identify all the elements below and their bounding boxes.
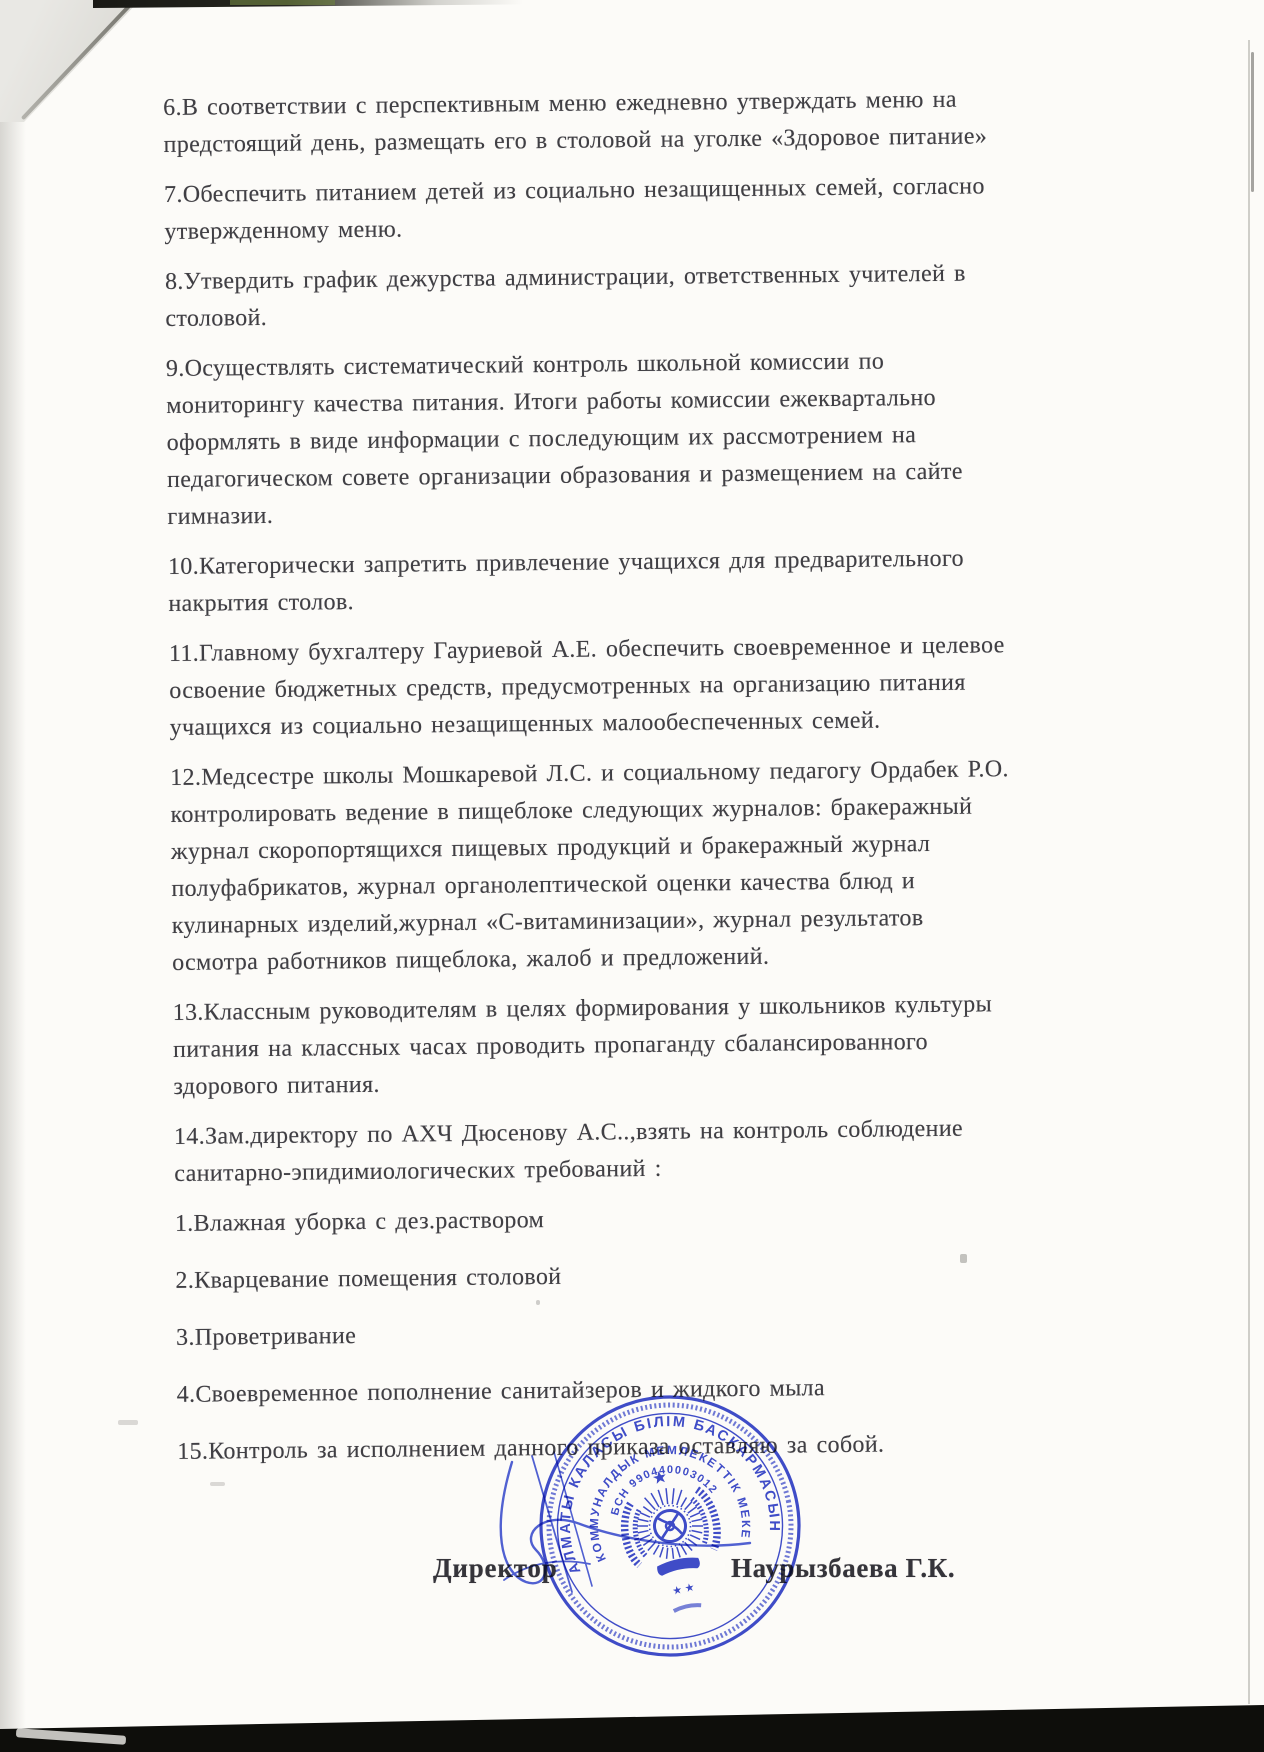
scanned-document-page: 6.В соответствии с перспективным меню еж… (0, 0, 1264, 1752)
document-paragraph: 10.Категорически запретить привлечение у… (168, 538, 1184, 623)
scan-speck (960, 1254, 967, 1263)
document-paragraph: 7.Обеспечить питанием детей из социально… (164, 166, 1180, 251)
scan-left-edge (0, 0, 26, 1752)
document-line: 2.Кварцевание помещения столовой (175, 1252, 1190, 1300)
document-paragraph: 13.Классным руководителям в целях формир… (172, 984, 1188, 1106)
scan-top-edge-green-tint (230, 0, 335, 5)
document-paragraph: 11.Главному бухгалтеру Гауриевой А.Е. об… (169, 625, 1185, 747)
page-right-edge (1248, 40, 1250, 1704)
scan-bottom-black-bar (0, 1700, 1264, 1752)
document-paragraph: 9.Осуществлять систематический контроль … (166, 340, 1183, 536)
document-paragraph: 12.Медсестре школы Мошкаревой Л.С. и соц… (170, 749, 1187, 982)
document-body: 6.В соответствии с перспективным меню еж… (162, 0, 1192, 1484)
scan-right-edge-mark (1251, 52, 1254, 192)
document-line: 3.Проветривание (176, 1309, 1191, 1357)
document-subitem: 2.Кварцевание помещения столовой (175, 1252, 1190, 1300)
document-subitem: 1.Влажная уборка с дез.раствором (175, 1195, 1190, 1243)
document-line: 1.Влажная уборка с дез.раствором (175, 1195, 1190, 1243)
scan-speck (536, 1300, 540, 1305)
director-signature (440, 1430, 820, 1640)
scan-speck (118, 1420, 138, 1425)
document-paragraph: 8.Утвердить график дежурства администрац… (165, 253, 1181, 338)
document-paragraph: 6.В соответствии с перспективным меню еж… (163, 79, 1179, 164)
document-subitem: 3.Проветривание (176, 1309, 1191, 1357)
scan-speck (210, 1482, 225, 1486)
document-paragraph: 14.Зам.директору по АХЧ Дюсенову А.С..,в… (174, 1108, 1190, 1193)
